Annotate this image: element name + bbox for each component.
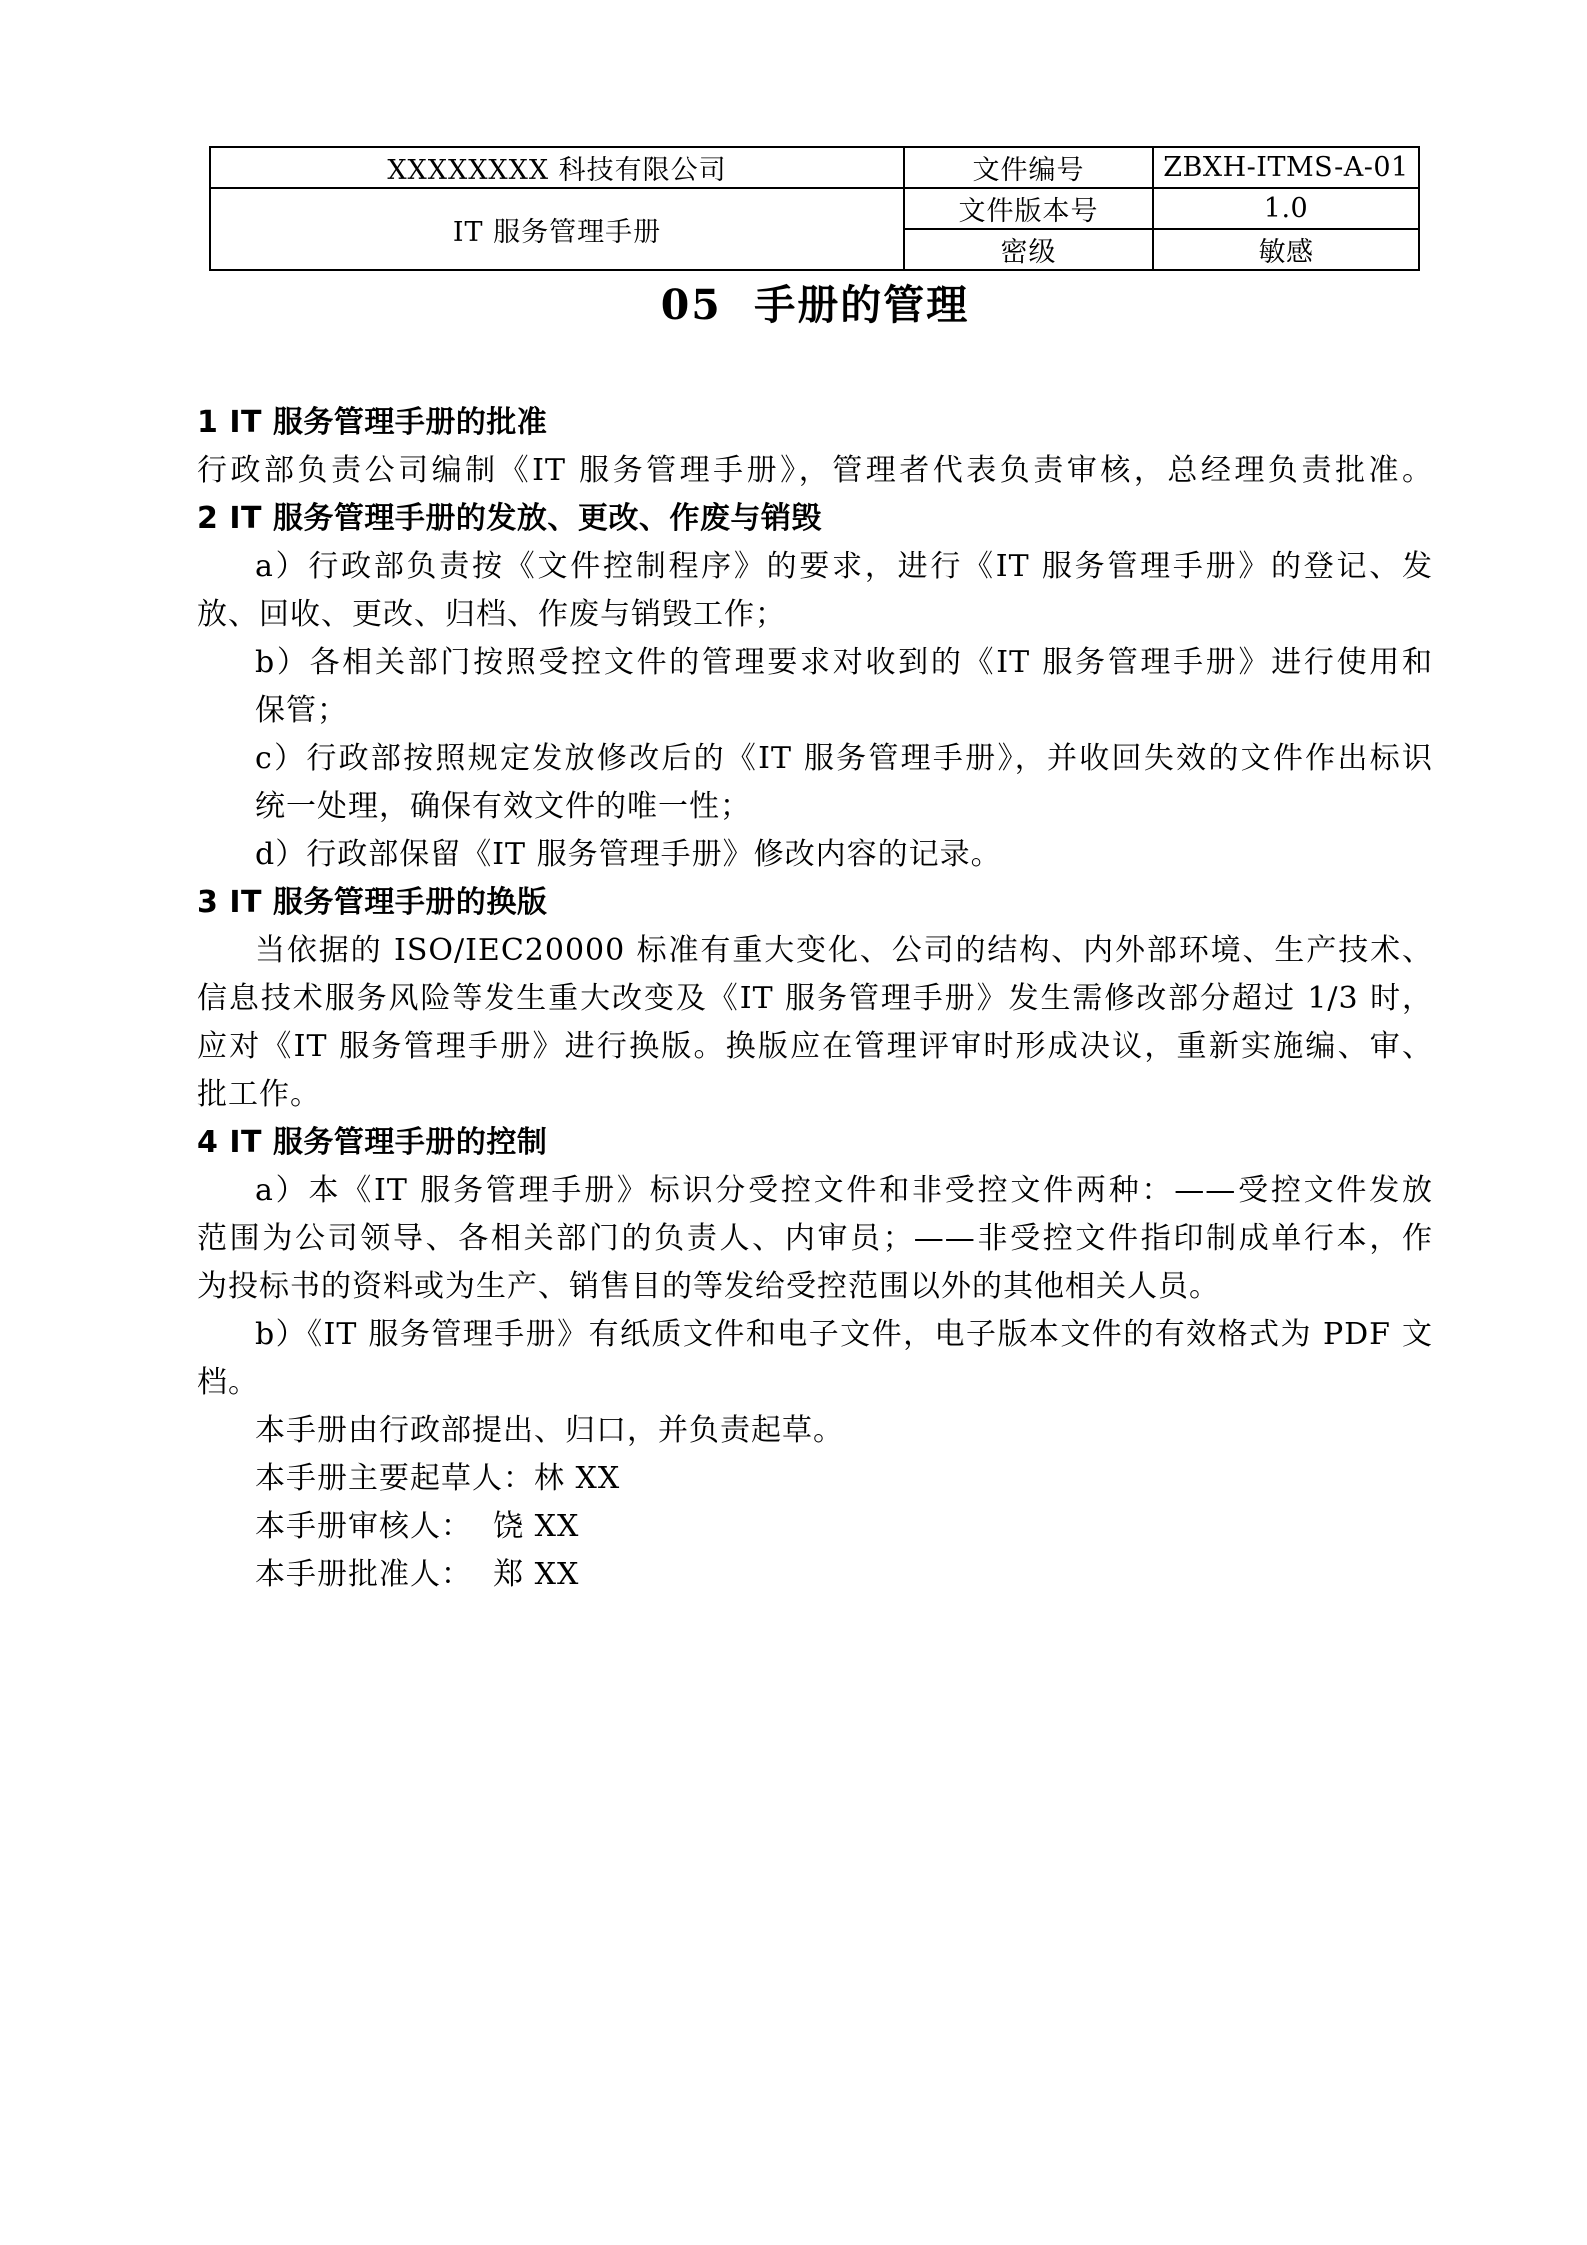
company-name: XXXXXXXX 科技有限公司 (210, 147, 904, 188)
classification-label: 密级 (904, 229, 1153, 270)
text-line: b）《IT 服务管理手册》有纸质文件和电子文件，电子版本文件的有效格式为 PDF… (197, 1311, 1433, 1359)
approver-line: 本手册批准人： 郑 XX (197, 1551, 1433, 1599)
text-line: 为投标书的资料或为生产、销售目的等发给受控范围以外的其他相关人员。 (197, 1263, 1433, 1311)
text-line: 档。 (197, 1359, 1433, 1407)
header-row-2: IT 服务管理手册 文件版本号 1.0 (210, 188, 1419, 229)
text-line: b）各相关部门按照受控文件的管理要求对收到的《IT 服务管理手册》进行使用和 (197, 639, 1433, 687)
text-line: 放、回收、更改、归档、作废与销毁工作； (197, 591, 1433, 639)
text-line: a）行政部负责按《文件控制程序》的要求，进行《IT 服务管理手册》的登记、发 (197, 543, 1433, 591)
version-value: 1.0 (1153, 188, 1419, 229)
section-heading-3: 3 IT 服务管理手册的换版 (197, 879, 1433, 927)
manual-title: IT 服务管理手册 (210, 188, 904, 270)
doc-number-value: ZBXH-ITMS-A-01 (1153, 147, 1419, 188)
classification-value: 敏感 (1153, 229, 1419, 270)
text-line: 范围为公司领导、各相关部门的负责人、内审员；——非受控文件指印制成单行本，作 (197, 1215, 1433, 1263)
section-heading-1: 1 IT 服务管理手册的批准 (197, 399, 1433, 447)
header-table: XXXXXXXX 科技有限公司 文件编号 ZBXH-ITMS-A-01 IT 服… (209, 146, 1420, 271)
text-line: c）行政部按照规定发放修改后的《IT 服务管理手册》，并收回失效的文件作出标识 (197, 735, 1433, 783)
page-title: 05 手册的管理 (197, 272, 1433, 331)
text-line: 统一处理，确保有效文件的唯一性； (197, 783, 1433, 831)
text-line: 应对《IT 服务管理手册》进行换版。换版应在管理评审时形成决议，重新实施编、审、 (197, 1023, 1433, 1071)
document-page: XXXXXXXX 科技有限公司 文件编号 ZBXH-ITMS-A-01 IT 服… (0, 0, 1587, 2245)
text-line: 本手册由行政部提出、归口，并负责起草。 (197, 1407, 1433, 1455)
text-line: 信息技术服务风险等发生重大改变及《IT 服务管理手册》发生需修改部分超过 1/3… (197, 975, 1433, 1023)
section-heading-2: 2 IT 服务管理手册的发放、更改、作废与销毁 (197, 495, 1433, 543)
text-line: a）本《IT 服务管理手册》标识分受控文件和非受控文件两种：——受控文件发放 (197, 1167, 1433, 1215)
document-body: 1 IT 服务管理手册的批准 行政部负责公司编制《IT 服务管理手册》，管理者代… (197, 399, 1433, 1599)
text-line: 行政部负责公司编制《IT 服务管理手册》，管理者代表负责审核，总经理负责批准。 (197, 447, 1433, 495)
header-row-1: XXXXXXXX 科技有限公司 文件编号 ZBXH-ITMS-A-01 (210, 147, 1419, 188)
section-heading-4: 4 IT 服务管理手册的控制 (197, 1119, 1433, 1167)
text-line: 保管； (197, 687, 1433, 735)
version-label: 文件版本号 (904, 188, 1153, 229)
text-line: 批工作。 (197, 1071, 1433, 1119)
doc-number-label: 文件编号 (904, 147, 1153, 188)
reviewer-line: 本手册审核人： 饶 XX (197, 1503, 1433, 1551)
text-line: 当依据的 ISO/IEC20000 标准有重大变化、公司的结构、内外部环境、生产… (197, 927, 1433, 975)
text-line: d）行政部保留《IT 服务管理手册》修改内容的记录。 (197, 831, 1433, 879)
drafter-line: 本手册主要起草人：林 XX (197, 1455, 1433, 1503)
